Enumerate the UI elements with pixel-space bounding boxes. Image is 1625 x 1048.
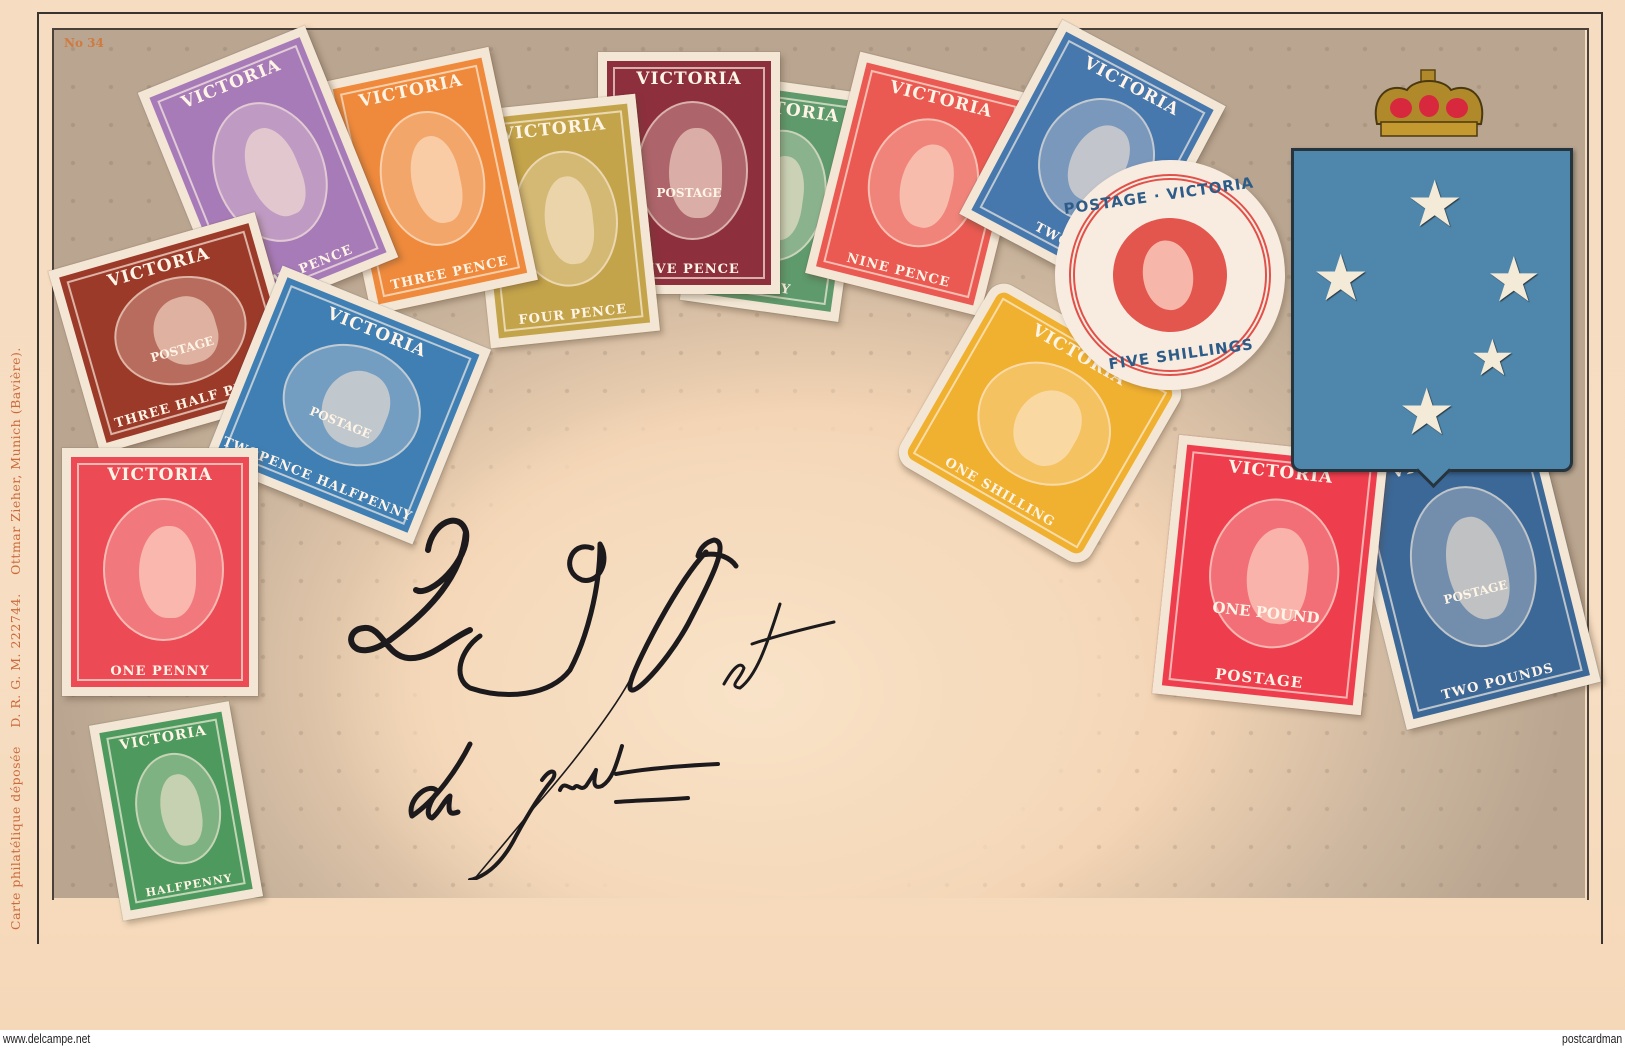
watermark-right: postcardman <box>1562 1030 1622 1048</box>
stamp-one-penny-red: VICTORIAONE PENNY <box>62 448 258 696</box>
watermark-left: www.delcampe.net <box>3 1030 90 1048</box>
handwritten-message: 2 9 Oct <box>320 480 1120 880</box>
star-icon: ★ <box>1312 247 1369 311</box>
stamp-one-pound-red: VICTORIA ONE POUND POSTAGE <box>1152 435 1388 716</box>
star-icon: ★ <box>1470 333 1515 383</box>
imprint-line: Ottmar Zieher, Munich (Bavière). <box>8 347 23 575</box>
star-icon: ★ <box>1406 173 1463 237</box>
coat-of-arms-shield: ★ ★ ★ ★ ★ <box>1291 148 1573 472</box>
imprint-line: Carte philatélique déposée <box>8 746 23 930</box>
crown-icon <box>1367 68 1491 140</box>
star-icon: ★ <box>1486 249 1542 311</box>
imprint-line: D. R. G. M. 222744. <box>8 593 23 727</box>
publisher-imprint: Carte philatélique déposée D. R. G. M. 2… <box>8 333 23 930</box>
card-number: No 34 <box>64 36 104 50</box>
postcard: No 34 Carte philatélique déposée D. R. G… <box>0 0 1625 1030</box>
star-icon: ★ <box>1398 381 1455 445</box>
